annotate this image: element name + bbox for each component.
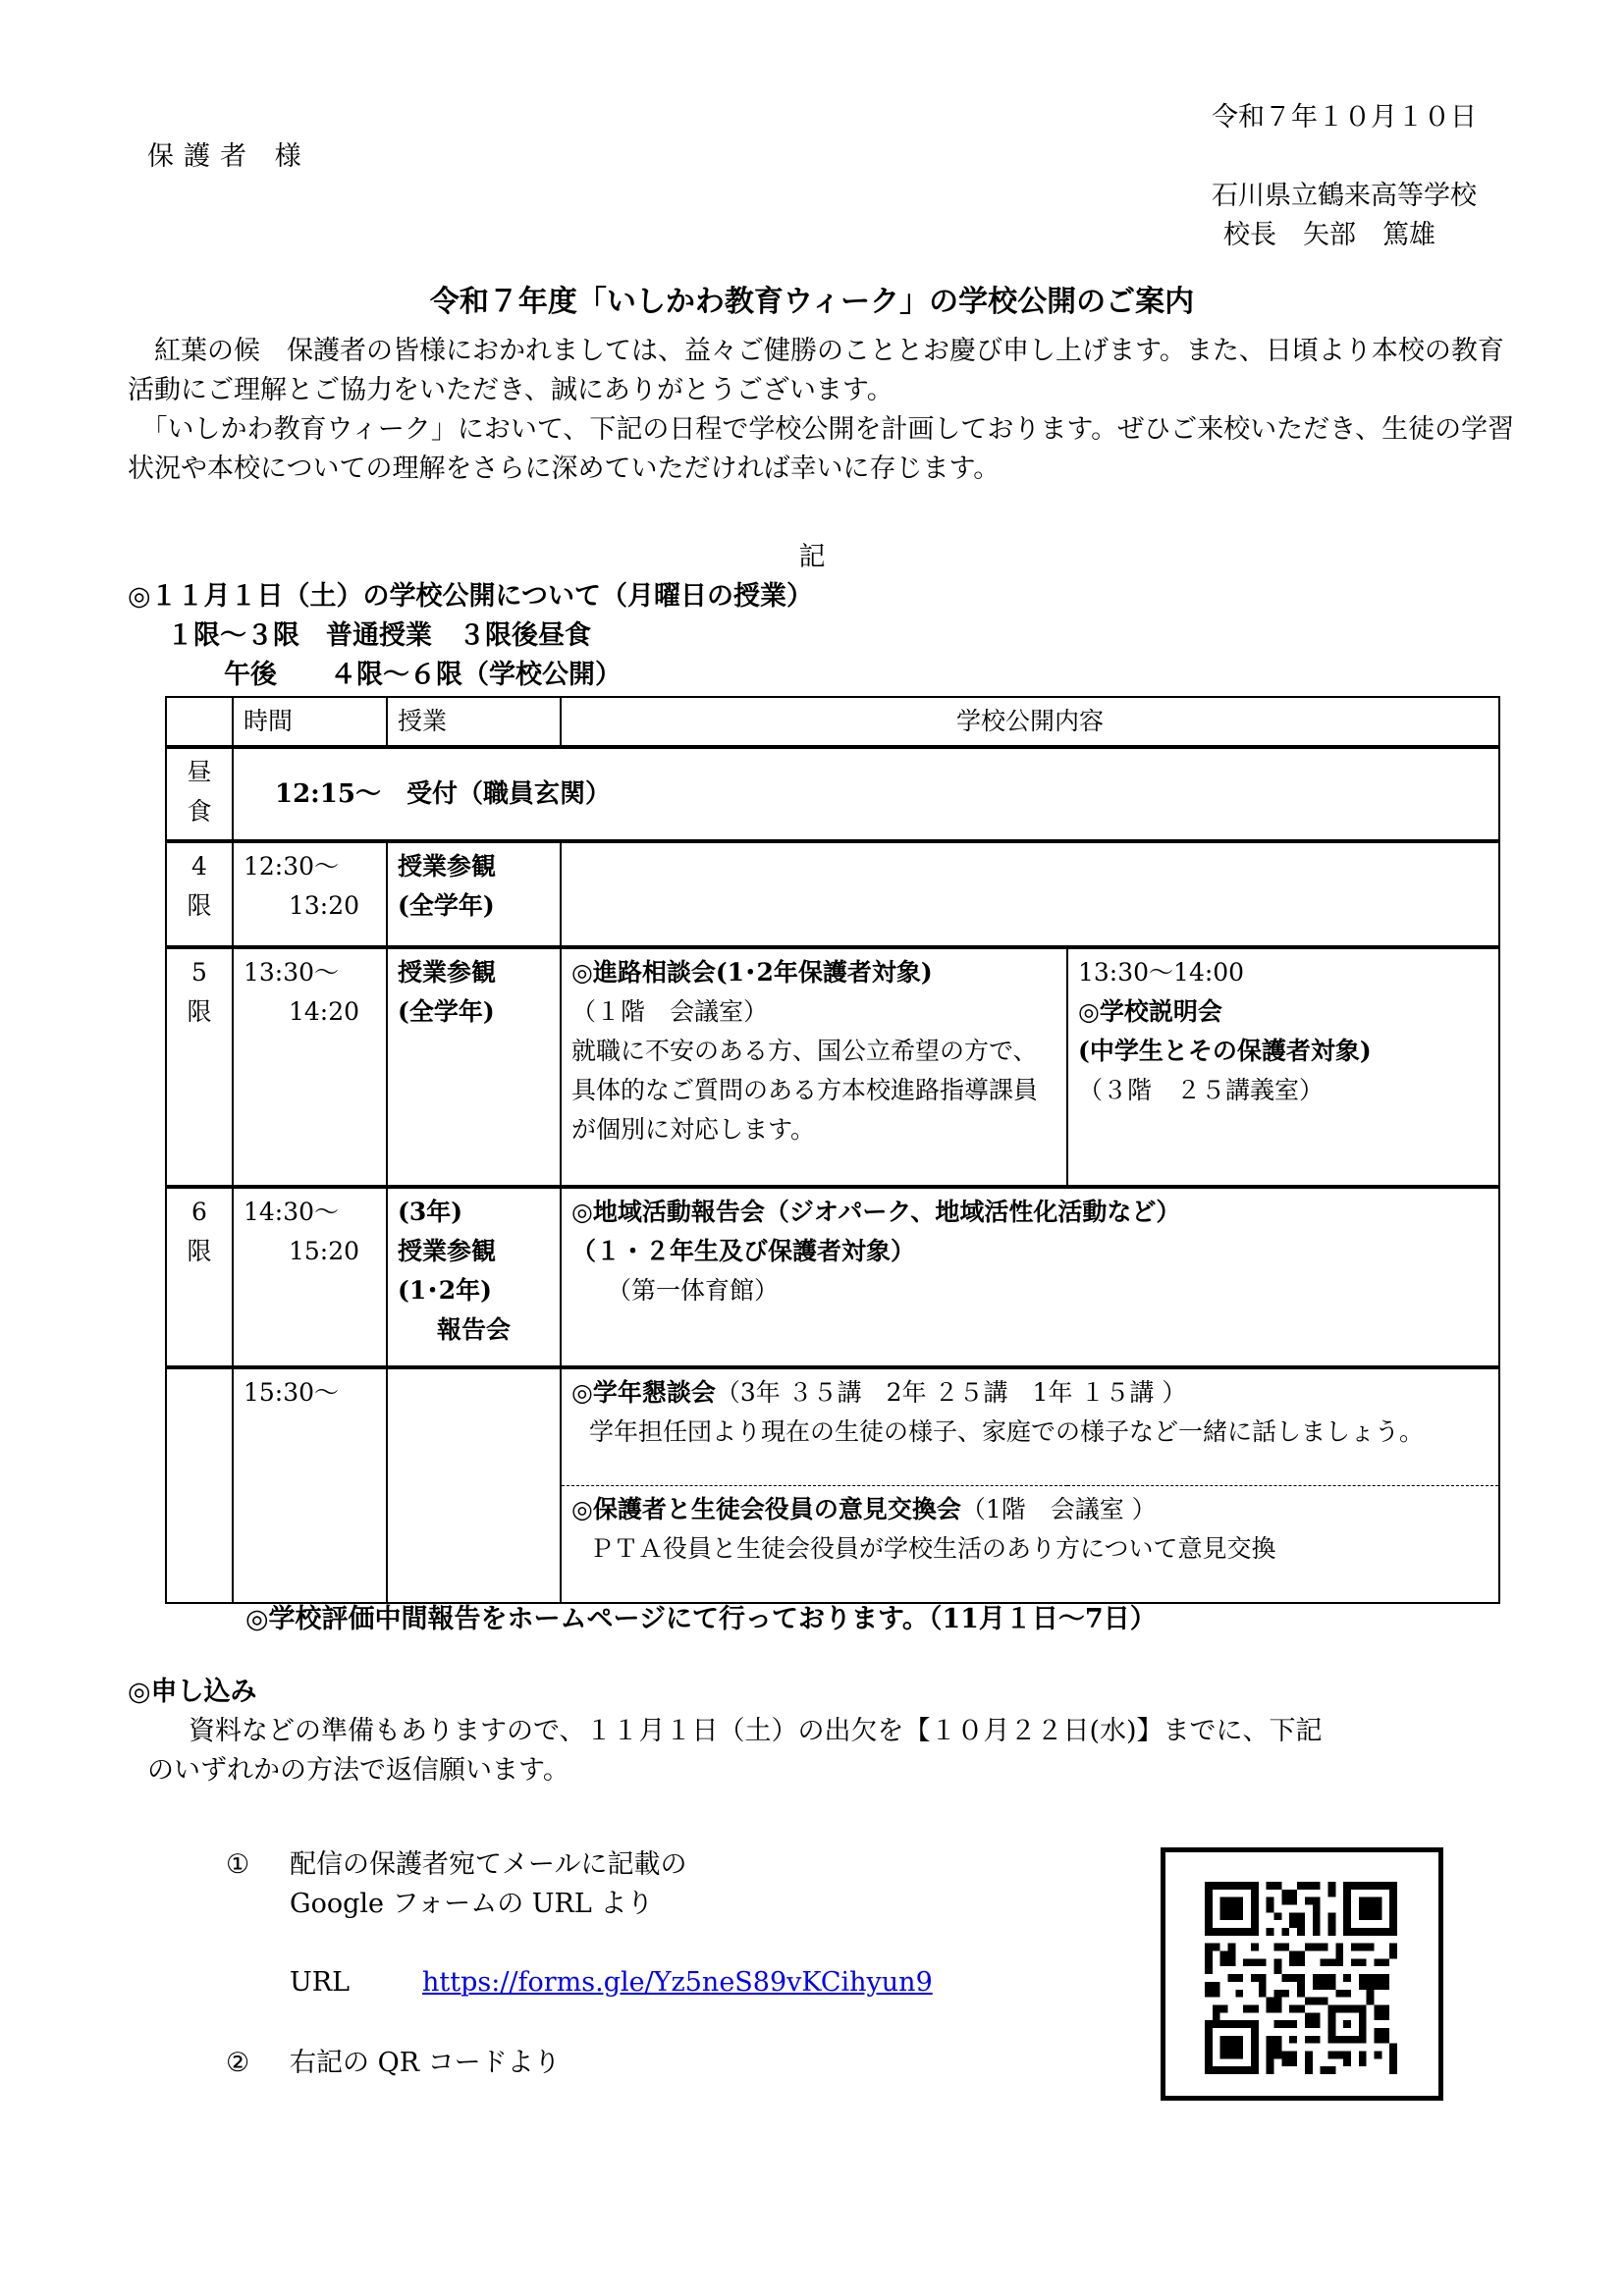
option2-number: ② (226, 2044, 249, 2083)
career-consultation-room: （１階 会議室） (571, 992, 1056, 1032)
class-label: (全学年) (398, 992, 550, 1032)
section1-heading: ◎１１月１日（土）の学校公開について（月曜日の授業） (128, 577, 813, 616)
option1-line-2: Google フォームの URL より (290, 1885, 653, 1924)
time-start: 15:30～ (244, 1373, 376, 1413)
grade-meeting-title: ◎学年懇談会 (571, 1378, 716, 1407)
period-label: 限 (167, 992, 232, 1032)
schedule-table: 時間 授業 学校公開内容 昼 食 12:15～ 受付（職員玄関） 4 限 12:… (165, 696, 1500, 1604)
content-cell-empty (561, 841, 1499, 947)
section1-line-b: 午後 ４限～６限（学校公開） (224, 656, 622, 695)
school-briefing-cell: 13:30～14:00 ◎学校説明会 (中学生とその保護者対象) （３階 ２５講… (1067, 947, 1499, 1187)
period-cell: 5 限 (166, 947, 233, 1187)
period-label: 6 (167, 1193, 232, 1232)
time-start: 14:30～ (244, 1193, 376, 1232)
career-consultation-text: 就職に不安のある方、国公立希望の方で、具体的なご質問のある方本校進路指導課員が個… (571, 1032, 1056, 1149)
table-row-lunch: 昼 食 12:15～ 受付（職員玄関） (166, 747, 1499, 841)
header-cell-period (166, 697, 233, 747)
time-end: 15:20 (244, 1232, 376, 1271)
header-cell-class: 授業 (387, 697, 561, 747)
student-council-meeting-title: ◎保護者と生徒会役員の意見交換会 (571, 1495, 961, 1523)
option1-number: ① (226, 1845, 249, 1885)
grade-meeting-cell: ◎学年懇談会（3年 ３５講 2年 ２５講 1年 １５講 ） 学年担任団より現在の… (561, 1367, 1499, 1485)
class-label: 報告会 (398, 1310, 550, 1350)
time-start: 12:30～ (244, 847, 376, 886)
regional-report-target: （１・２年生及び保護者対象） (571, 1232, 1489, 1271)
time-cell: 13:30～ 14:20 (233, 947, 387, 1187)
body-text: 紅葉の候 保護者の皆様におかれましては、益々ご健勝のこととお慶び申し上げます。ま… (128, 332, 1522, 489)
google-form-link[interactable]: https://forms.gle/Yz5neS89vKCihyun9 (422, 1963, 933, 2002)
class-cell-empty (387, 1367, 561, 1603)
header-cell-content: 学校公開内容 (561, 697, 1499, 747)
document-title: 令和７年度「いしかわ教育ウィーク」の学校公開のご案内 (0, 277, 1624, 320)
option1-line-1: 配信の保護者宛てメールに記載の (290, 1845, 686, 1885)
period-label: 食 (167, 792, 232, 831)
header-cell-time: 時間 (233, 697, 387, 747)
school-name: 石川県立鶴来高等学校 (1212, 177, 1477, 216)
class-cell: (3年) 授業参観 (1･2年) 報告会 (387, 1187, 561, 1367)
class-label: 授業参観 (398, 1232, 550, 1271)
principal-name: 校長 矢部 篤雄 (1223, 216, 1435, 255)
class-label: 授業参観 (398, 953, 550, 992)
school-briefing-target: (中学生とその保護者対象) (1078, 1032, 1489, 1071)
class-cell: 授業参観 (全学年) (387, 841, 561, 947)
application-heading: ◎申し込み (128, 1673, 257, 1712)
student-council-meeting-room: （1階 会議室 ） (961, 1495, 1157, 1523)
period-label: 昼 (167, 753, 232, 792)
evaluation-note: ◎学校評価中間報告をホームページにて行っております。（11月１日～7日） (245, 1597, 1157, 1635)
career-consultation-cell: ◎進路相談会(1･2年保護者対象) （１階 会議室） 就職に不安のある方、国公立… (561, 947, 1067, 1187)
table-header-row: 時間 授業 学校公開内容 (166, 697, 1499, 747)
body-paragraph-1: 紅葉の候 保護者の皆様におかれましては、益々ご健勝のこととお慶び申し上げます。ま… (128, 332, 1522, 410)
period-label: 5 (167, 953, 232, 992)
period-label: 限 (167, 886, 232, 926)
table-row-period-6: 6 限 14:30～ 15:20 (3年) 授業参観 (1･2年) 報告会 ◎地… (166, 1187, 1499, 1367)
school-briefing-title: ◎学校説明会 (1078, 992, 1489, 1032)
class-label: (全学年) (398, 886, 550, 926)
student-council-meeting-cell: ◎保護者と生徒会役員の意見交換会（1階 会議室 ） ＰＴＡ役員と生徒会役員が学校… (561, 1485, 1499, 1603)
period-label: 4 (167, 847, 232, 886)
class-label: (3年) (398, 1193, 550, 1232)
regional-report-cell: ◎地域活動報告会（ジオパーク、地域活性化活動など） （１・２年生及び保護者対象）… (561, 1187, 1499, 1367)
section1-line-a: １限～３限 普通授業 ３限後昼食 (167, 616, 591, 656)
school-briefing-time: 13:30～14:00 (1078, 953, 1489, 992)
option2-line: 右記の QR コードより (290, 2044, 561, 2083)
ki-heading: 記 (0, 538, 1624, 577)
regional-report-title: ◎地域活動報告会（ジオパーク、地域活性化活動など） (571, 1193, 1489, 1232)
body-paragraph-2: 「いしかわ教育ウィーク」において、下記の日程で学校公開を計画しております。ぜひご… (128, 410, 1522, 489)
time-end: 14:20 (244, 992, 376, 1032)
time-cell: 15:30～ (233, 1367, 387, 1603)
time-cell: 14:30～ 15:20 (233, 1187, 387, 1367)
grade-meeting-rooms: （3年 ３５講 2年 ２５講 1年 １５講 ） (716, 1378, 1187, 1407)
regional-report-room: （第一体育館） (571, 1271, 1489, 1310)
period-cell: 昼 食 (166, 747, 233, 841)
career-consultation-title: ◎進路相談会(1･2年保護者対象) (571, 953, 1056, 992)
student-council-meeting-text: ＰＴＡ役員と生徒会役員が学校生活のあり方について意見交換 (571, 1529, 1489, 1569)
period-cell-empty (166, 1367, 233, 1603)
class-cell: 授業参観 (全学年) (387, 947, 561, 1187)
period-cell: 6 限 (166, 1187, 233, 1367)
table-row-period-5: 5 限 13:30～ 14:20 授業参観 (全学年) ◎進路相談会(1･2年保… (166, 947, 1499, 1187)
table-row-period-4: 4 限 12:30～ 13:20 授業参観 (全学年) (166, 841, 1499, 947)
school-briefing-room: （３階 ２５講義室） (1078, 1071, 1489, 1110)
application-text-line-2: のいずれかの方法で返信願います。 (147, 1751, 1532, 1790)
class-label: 授業参観 (398, 847, 550, 886)
application-text: 資料などの準備もありますので、１１月１日（土）の出欠を【１０月２２日(水)】まで… (147, 1712, 1532, 1790)
qr-code-icon[interactable] (1205, 1882, 1397, 2074)
url-label: URL (290, 1963, 350, 2002)
grade-meeting-text: 学年担任団より現在の生徒の様子、家庭での様子など一緒に話しましょう。 (571, 1413, 1489, 1452)
time-cell: 12:30～ 13:20 (233, 841, 387, 947)
addressee: 保護者 様 (147, 137, 311, 177)
lunch-content: 12:15～ 受付（職員玄関） (233, 747, 1499, 841)
qr-code-frame (1161, 1847, 1443, 2101)
period-label: 限 (167, 1232, 232, 1271)
period-cell: 4 限 (166, 841, 233, 947)
application-text-line-1: 資料などの準備もありますので、１１月１日（土）の出欠を【１０月２２日(水)】まで… (147, 1712, 1532, 1751)
time-end: 13:20 (244, 886, 376, 926)
class-label: (1･2年) (398, 1271, 550, 1310)
table-row-after-school-1: 15:30～ ◎学年懇談会（3年 ３５講 2年 ２５講 1年 １５講 ） 学年担… (166, 1367, 1499, 1485)
time-start: 13:30～ (244, 953, 376, 992)
document-date: 令和７年１０月１０日 (1212, 98, 1477, 137)
